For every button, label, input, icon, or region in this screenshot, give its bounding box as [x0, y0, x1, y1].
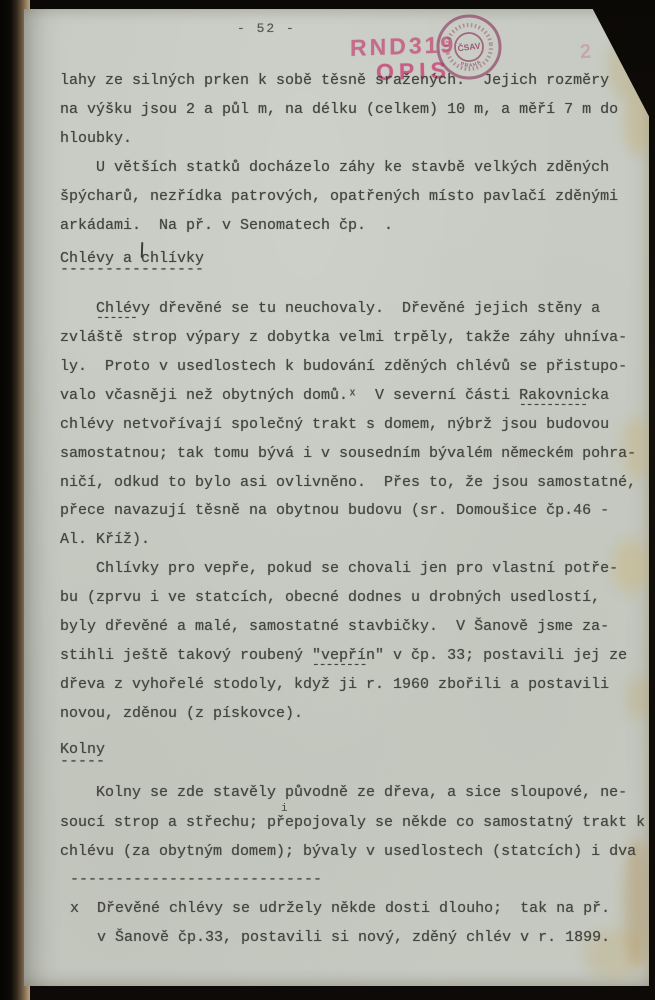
- text-line: byly dřevěné a malé, samostatné stavbičk…: [60, 619, 609, 634]
- scanned-photo-background: - 52 - RND319 OPIS 2 ČSAV PRAHA lahy ze …: [0, 0, 655, 1000]
- typewritten-page: - 52 - RND319 OPIS 2 ČSAV PRAHA lahy ze …: [24, 9, 649, 986]
- footnote-line: v Šanově čp.33, postavili si nový, zděný…: [70, 930, 610, 945]
- text-line: hloubky.: [60, 131, 132, 146]
- paper-stain: [624, 91, 652, 155]
- text-line: ničí, odkud to bylo asi ovlivněno. Přes …: [60, 475, 636, 490]
- word-underline-veprin: --------: [312, 658, 366, 671]
- text-line: na výšku jsou 2 a půl m, na délku (celke…: [60, 102, 618, 117]
- text-line: chlévy netvořívají společný trakt s dome…: [60, 417, 609, 432]
- text-line: zvláště strop výpary z dobytka velmi trp…: [60, 330, 627, 345]
- text-line: samostatnou; tak tomu bývá i v sousedním…: [60, 446, 636, 461]
- heading-underline: -----: [60, 754, 105, 769]
- page-number: - 52 -: [237, 22, 296, 35]
- text-line: soucí strop a střechu; přepojovaly se ně…: [60, 815, 645, 830]
- round-stamp-center-label: ČSAV: [457, 40, 481, 54]
- text-line: dřeva z vyhořelé stodoly, když ji r. 196…: [60, 677, 609, 692]
- text-line: novou, zděnou (z pískovce).: [60, 706, 303, 721]
- text-line: ly. Proto v usedlostech k budování zděný…: [60, 359, 627, 374]
- paper-stain: [608, 34, 650, 100]
- text-line: Al. Kříž).: [60, 532, 150, 547]
- faint-digit-mark: 2: [579, 41, 592, 65]
- heading-underline: ----------------: [60, 262, 204, 277]
- text-line: U větších statků docházelo záhy ke stavb…: [60, 160, 609, 175]
- text-line: špýcharů, nezřídka patrových, opatřených…: [60, 189, 618, 204]
- text-line: bu (zprvu i ve statcích, obecné dodnes u…: [60, 590, 600, 605]
- word-underline-chlevy: ------: [96, 311, 137, 324]
- text-line: arkádami. Na př. v Senomatech čp. .: [60, 218, 393, 233]
- footnote-separator: ----------------------------: [70, 872, 322, 887]
- footnote-line: x Dřevěné chlévy se udržely někde dosti …: [70, 901, 610, 916]
- text-line: přece navazují těsně na obytnou budovu (…: [60, 503, 609, 518]
- inserted-letter-mark: i: [281, 804, 288, 815]
- word-underline-rakovnicka: ----------: [519, 398, 587, 411]
- text-line: Kolny se zde stavěly původně ze dřeva, a…: [60, 785, 627, 800]
- paper-stain: [626, 677, 652, 719]
- text-line: chlévu (za obytným domem); bývaly v used…: [60, 844, 636, 859]
- text-line: Chlévy dřevěné se tu neuchovaly. Dřevěné…: [60, 301, 600, 316]
- text-line: lahy ze silných prken k sobě těsně sraže…: [60, 73, 609, 88]
- text-line: Chlívky pro vepře, pokud se chovali jen …: [60, 561, 618, 576]
